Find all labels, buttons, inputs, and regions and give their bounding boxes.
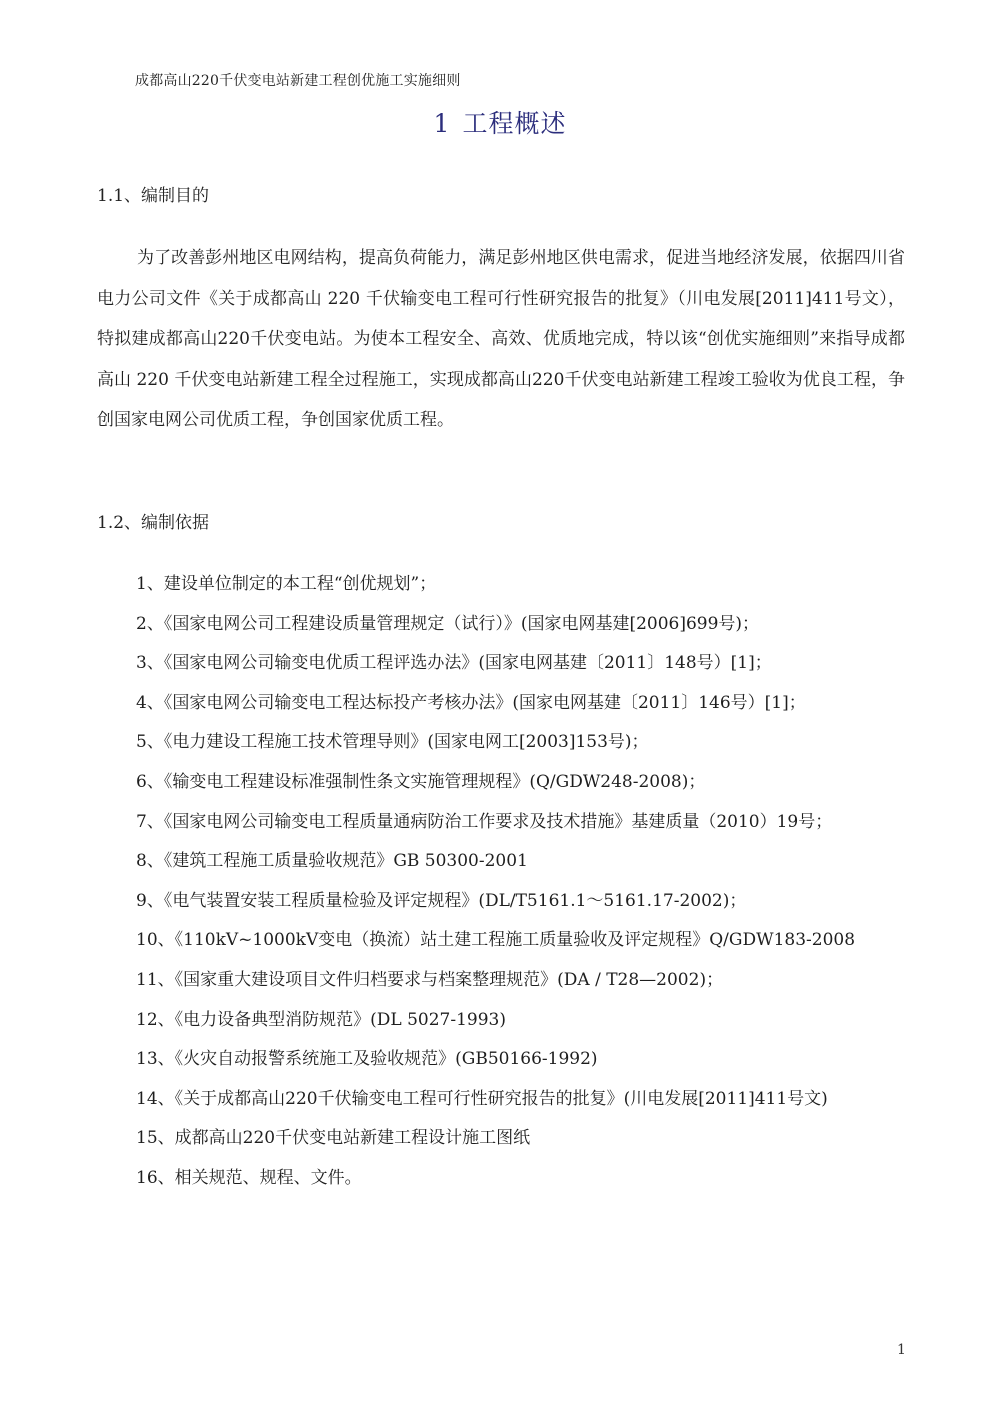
chapter-title: 1工程概述 [0,104,1000,140]
list-item: 4、《国家电网公司输变电工程达标投产考核办法》(国家电网基建〔2011〕146号… [97,684,907,724]
list-item: 13、《火灾自动报警系统施工及验收规范》(GB50166-1992) [97,1040,907,1080]
list-item: 7、《国家电网公司输变电工程质量通病防治工作要求及技术措施》基建质量（2010）… [97,803,907,843]
list-item: 15、成都高山220千伏变电站新建工程设计施工图纸 [97,1119,907,1159]
list-item: 2、《国家电网公司工程建设质量管理规定（试行）》(国家电网基建[2006]699… [97,605,907,645]
basis-list: 1、建设单位制定的本工程“创优规划”； 2、《国家电网公司工程建设质量管理规定（… [97,565,907,1199]
list-item: 1、建设单位制定的本工程“创优规划”； [97,565,907,605]
list-item: 12、《电力设备典型消防规范》(DL 5027-1993) [97,1001,907,1041]
page-number: 1 [897,1342,906,1358]
running-header: 成都高山220千伏变电站新建工程创优施工实施细则 [135,70,461,90]
list-item: 16、相关规范、规程、文件。 [97,1159,907,1199]
section-body-purpose: 为了改善彭州地区电网结构，提高负荷能力，满足彭州地区供电需求，促进当地经济发展，… [97,238,905,441]
list-item: 5、《电力建设工程施工技术管理导则》(国家电网工[2003]153号)； [97,723,907,763]
list-item: 3、《国家电网公司输变电优质工程评选办法》(国家电网基建〔2011〕148号）[… [97,644,907,684]
list-item: 14、《关于成都高山220千伏输变电工程可行性研究报告的批复》(川电发展[201… [97,1080,907,1120]
chapter-number: 1 [434,109,451,138]
chapter-title-text: 工程概述 [462,109,566,138]
section-heading-basis: 1.2、编制依据 [97,508,209,533]
list-item: 9、《电气装置安装工程质量检验及评定规程》(DL/T5161.1～5161.17… [97,882,907,922]
list-item: 6、《输变电工程建设标准强制性条文实施管理规程》(Q/GDW248-2008)； [97,763,907,803]
list-item: 10、《110kV~1000kV变电（换流）站土建工程施工质量验收及评定规程》Q… [97,921,907,961]
section-heading-purpose: 1.1、编制目的 [97,181,209,206]
list-item: 8、《建筑工程施工质量验收规范》GB 50300-2001 [97,842,907,882]
list-item: 11、《国家重大建设项目文件归档要求与档案整理规范》(DA / T28—2002… [97,961,907,1001]
